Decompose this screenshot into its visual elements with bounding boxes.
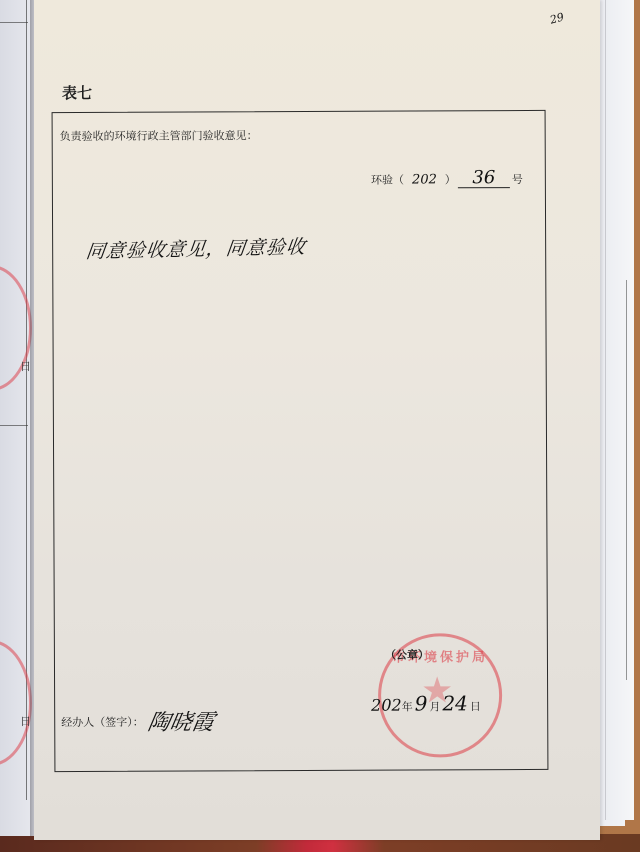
reference-year: 202 (412, 172, 437, 187)
seal-label: （公章） (385, 646, 429, 662)
red-seal-partial-icon (0, 640, 32, 766)
next-page-edge (605, 0, 634, 820)
handler-label: 经办人（签字）： (61, 713, 144, 729)
handwritten-opinion: 同意验收意见，同意验收 (85, 232, 308, 264)
form-page: 29 表七 负责验收的环境行政主管部门验收意见： 环验（ 202 ） 36 号 … (34, 0, 600, 840)
form-heading: 负责验收的环境行政主管部门验收意见： (60, 127, 258, 144)
approval-date: 202 年 9 月 24 日 (371, 691, 481, 715)
handler-signature: 陶晓霞 (145, 705, 216, 736)
reference-number-value: 36 (458, 169, 510, 188)
form-box: 负责验收的环境行政主管部门验收意见： 环验（ 202 ） 36 号 同意验收意见… (52, 110, 549, 772)
page-number: 29 (549, 10, 566, 26)
reference-number: 环验（ 202 ） 36 号 (371, 169, 523, 189)
photo-scene: 日 日 29 表七 负责验收的环境行政主管部门验收意见： 环验（ 202 ） 3… (0, 0, 640, 852)
handler-signature-row: 经办人（签字）： 陶晓霞 (61, 705, 214, 737)
table-title: 表七 (62, 82, 92, 103)
